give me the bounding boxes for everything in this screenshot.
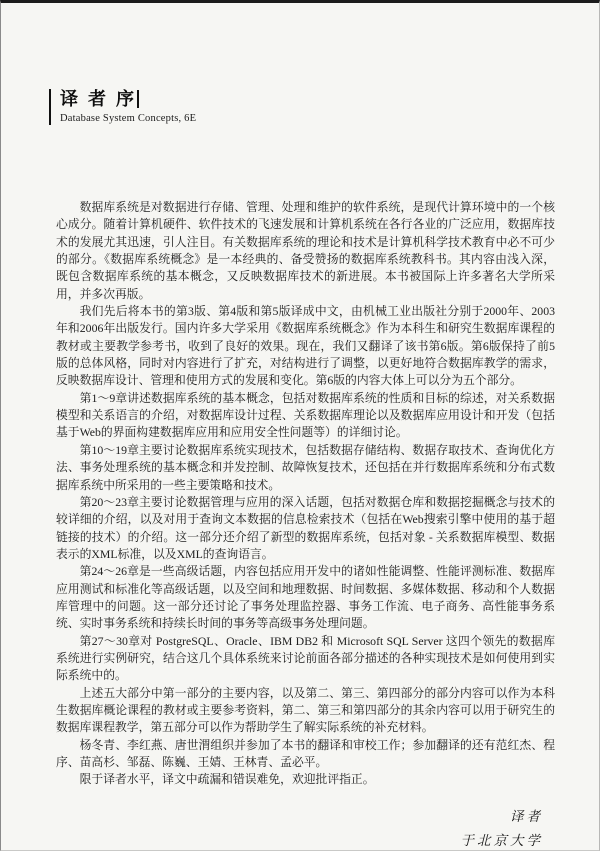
page-title: 译者序 bbox=[60, 89, 144, 109]
book-page-translator-preface: 译者序 Database System Concepts, 6E 数据库系统是对… bbox=[0, 0, 600, 851]
preface-paragraph: 第10～19章主要讨论数据库系统实现技术，包括数据存储结构、数据存取技术、查询优… bbox=[56, 442, 555, 494]
preface-paragraph: 第27～30章对 PostgreSQL、Oracle、IBM DB2 和 Mic… bbox=[56, 633, 555, 685]
signature-wrapper: 译者 于北京大学 bbox=[56, 789, 555, 851]
preface-paragraph: 我们先后将本书的第3版、第4版和第5版译成中文，由机械工业出版社分别于2000年… bbox=[56, 303, 555, 390]
signature-translator: 译者 bbox=[56, 805, 543, 829]
signature-location: 于北京大学 bbox=[56, 829, 543, 851]
preface-paragraph: 第1～9章讲述数据库系统的基本概念，包括对数据库系统的性质和目标的综述，对关系数… bbox=[56, 390, 555, 442]
preface-paragraph: 第24～26章是一些高级话题，内容包括应用开发中的诸如性能调整、性能评测标准、数… bbox=[56, 563, 555, 632]
preface-header: 译者序 Database System Concepts, 6E bbox=[49, 89, 196, 125]
preface-paragraph: 杨冬青、李红燕、唐世渭组织并参加了本书的翻译和审校工作；参加翻译的还有范红杰、程… bbox=[56, 737, 555, 772]
preface-body: 数据库系统是对数据进行存储、管理、处理和维护的软件系统，是现代计算环境中的一个核… bbox=[56, 199, 555, 789]
preface-paragraph: 上述五大部分中第一部分的主要内容，以及第二、第三、第四部分的部分内容可以作为本科… bbox=[56, 685, 555, 737]
signature-block: 译者 于北京大学 bbox=[56, 805, 555, 851]
preface-paragraph: 限于译者水平，译文中疏漏和错误难免，欢迎批评指正。 bbox=[56, 771, 555, 788]
title-divider-bar bbox=[137, 90, 139, 108]
title-row: 译者序 bbox=[60, 89, 196, 110]
book-title-english: Database System Concepts, 6E bbox=[60, 112, 196, 125]
preface-paragraph: 数据库系统是对数据进行存储、管理、处理和维护的软件系统，是现代计算环境中的一个核… bbox=[56, 199, 555, 303]
preface-paragraph: 第20～23章主要讨论数据管理与应用的深入话题，包括对数据仓库和数据挖掘概念与技… bbox=[56, 494, 555, 563]
